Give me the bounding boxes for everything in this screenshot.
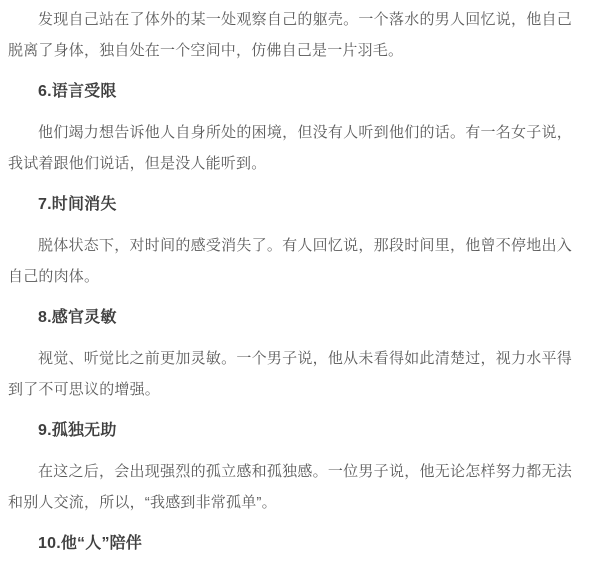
- article-body: 发现自己站在了体外的某一处观察自己的躯壳。一个落水的男人回忆说，他自己脱离了身体…: [0, 0, 582, 559]
- section-heading-8-senses: 8.感官灵敏: [8, 302, 572, 333]
- paragraph-time: 脱体状态下，对时间的感受消失了。有人回忆说，那段时间里，他曾不停地出入自己的肉体…: [8, 230, 572, 292]
- paragraph-senses: 视觉、听觉比之前更加灵敏。一个男子说，他从未看得如此清楚过，视力水平得到了不可思…: [8, 343, 572, 405]
- section-heading-9-lonely: 9.孤独无助: [8, 415, 572, 446]
- paragraph-out-of-body: 发现自己站在了体外的某一处观察自己的躯壳。一个落水的男人回忆说，他自己脱离了身体…: [8, 4, 572, 66]
- section-heading-6-language: 6.语言受限: [8, 76, 572, 107]
- section-heading-10-company: 10.他“人”陪伴: [8, 528, 572, 559]
- paragraph-language: 他们竭力想告诉他人自身所处的困境，但没有人听到他们的话。有一名女子说，我试着跟他…: [8, 117, 572, 179]
- section-heading-7-time: 7.时间消失: [8, 189, 572, 220]
- paragraph-lonely: 在这之后，会出现强烈的孤立感和孤独感。一位男子说，他无论怎样努力都无法和别人交流…: [8, 456, 572, 518]
